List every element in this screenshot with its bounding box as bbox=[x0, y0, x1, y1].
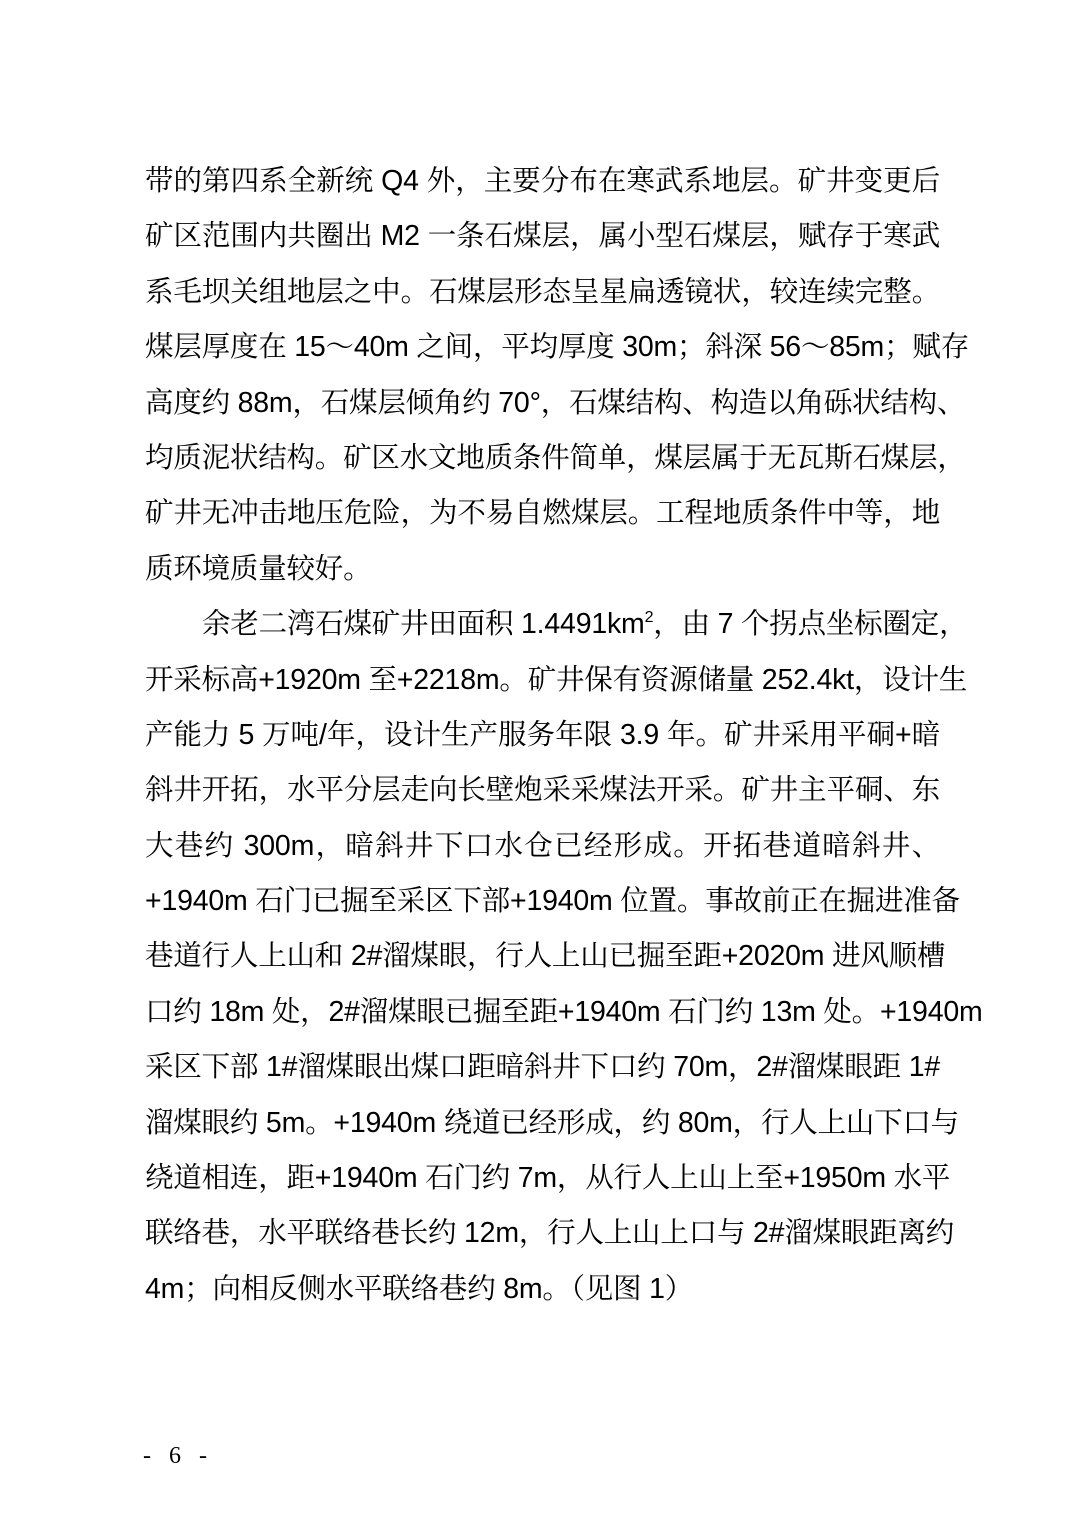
document-page: 带的第四系全新统 Q4 外，主要分布在寒武系地层。矿井变更后 矿区范围内共圈出 … bbox=[0, 0, 1074, 1518]
text-line: 采区下部 1#溜煤眼出煤口距暗斜井下口约 70m，2#溜煤眼距 1# bbox=[145, 1040, 940, 1095]
text-line: 绕道相连，距+1940m 石门约 7m，从行人上山上至+1950m 水平 bbox=[145, 1151, 940, 1206]
superscript: 2 bbox=[645, 609, 654, 626]
text-line: 高度约 88m，石煤层倾角约 70°，石煤结构、构造以角砾状结构、 bbox=[145, 376, 940, 431]
text-line: 均质泥状结构。矿区水文地质条件简单，煤层属于无瓦斯石煤层， bbox=[145, 431, 940, 486]
text-line: 带的第四系全新统 Q4 外，主要分布在寒武系地层。矿井变更后 bbox=[145, 154, 940, 209]
text-line: 巷道行人上山和 2#溜煤眼，行人上山已掘至距+2020m 进风顺槽 bbox=[145, 929, 940, 984]
text-line: 开采标高+1920m 至+2218m。矿井保有资源储量 252.4kt，设计生 bbox=[145, 653, 940, 708]
body-text: 带的第四系全新统 Q4 外，主要分布在寒武系地层。矿井变更后 矿区范围内共圈出 … bbox=[145, 154, 940, 1317]
text-line: 煤层厚度在 15～40m 之间，平均厚度 30m；斜深 56～85m；赋存 bbox=[145, 320, 940, 375]
paragraph-mine-overview: 余老二湾石煤矿井田面积 1.4491km2，由 7 个拐点坐标圈定， 开采标高+… bbox=[145, 597, 940, 1317]
text-line: 4m；向相反侧水平联络巷约 8m。（见图 1） bbox=[145, 1262, 940, 1317]
text-line: 矿区范围内共圈出 M2 一条石煤层，属小型石煤层，赋存于寒武 bbox=[145, 209, 940, 264]
text-line: 溜煤眼约 5m。+1940m 绕道已经形成，约 80m，行人上山下口与 bbox=[145, 1096, 940, 1151]
text-line: +1940m 石门已掘至采区下部+1940m 位置。事故前正在掘进准备 bbox=[145, 874, 940, 929]
text-line: 余老二湾石煤矿井田面积 1.4491km2，由 7 个拐点坐标圈定， bbox=[145, 597, 940, 652]
text-line: 口约 18m 处，2#溜煤眼已掘至距+1940m 石门约 13m 处。+1940… bbox=[145, 985, 940, 1040]
text-line: 斜井开拓，水平分层走向长壁炮采采煤法开采。矿井主平硐、东 bbox=[145, 763, 940, 818]
text-line: 联络巷，水平联络巷长约 12m，行人上山上口与 2#溜煤眼距离约 bbox=[145, 1206, 940, 1261]
text-segment: 余老二湾石煤矿井田面积 1.4491km bbox=[202, 608, 645, 640]
text-line: 系毛坝关组地层之中。石煤层形态呈星扁透镜状，较连续完整。 bbox=[145, 265, 940, 320]
text-line: 大巷约 300m，暗斜井下口水仓已经形成。开拓巷道暗斜井、 bbox=[145, 819, 940, 874]
text-line: 矿井无冲击地压危险，为不易自燃煤层。工程地质条件中等，地 bbox=[145, 486, 940, 541]
text-segment: ，由 7 个拐点坐标圈定， bbox=[653, 608, 967, 640]
page-number: - 6 - bbox=[143, 1443, 213, 1470]
text-line: 产能力 5 万吨/年，设计生产服务年限 3.9 年。矿井采用平硐+暗 bbox=[145, 708, 940, 763]
paragraph-geology: 带的第四系全新统 Q4 外，主要分布在寒武系地层。矿井变更后 矿区范围内共圈出 … bbox=[145, 154, 940, 597]
text-line: 质环境质量较好。 bbox=[145, 542, 940, 597]
